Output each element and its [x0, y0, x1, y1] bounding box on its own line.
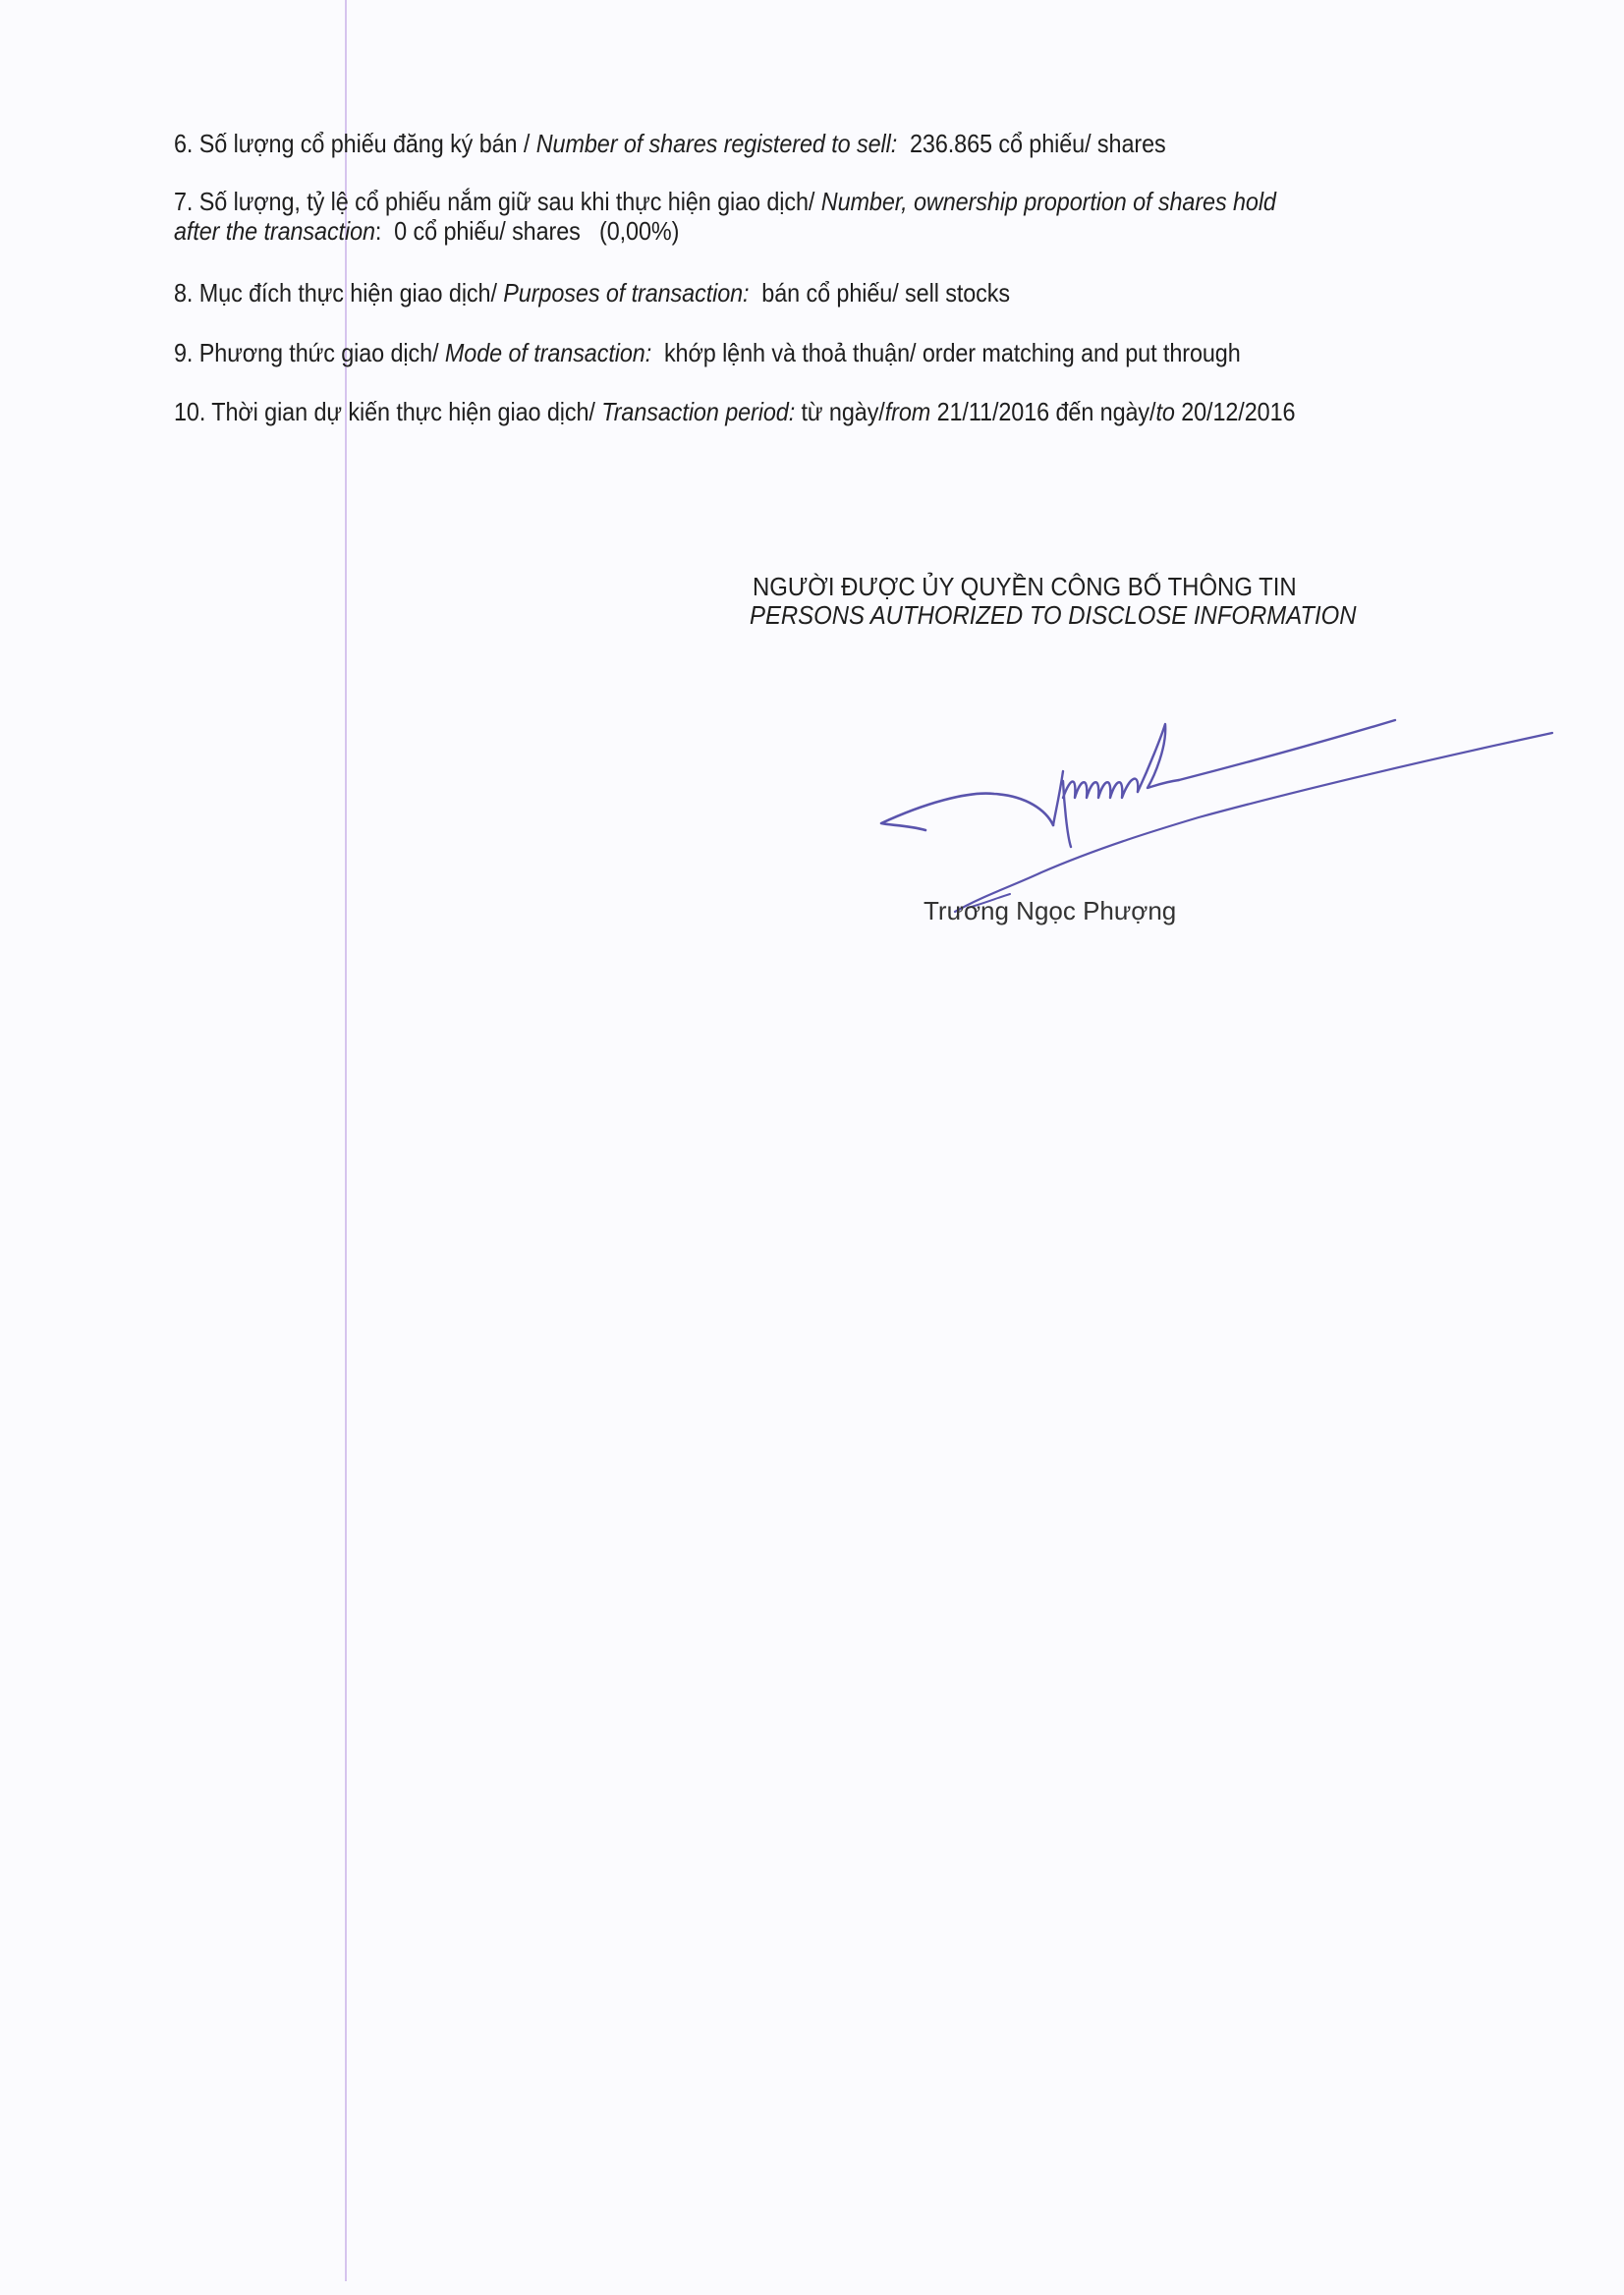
item-label-en-continued: after the transaction: [174, 216, 375, 246]
item-label-vi: Số lượng cổ phiếu đăng ký bán /: [199, 129, 531, 158]
item-label-en: Mode of transaction:: [445, 338, 651, 367]
item-value: 236.865 cổ phiếu/ shares: [910, 129, 1166, 158]
item-7-shares-held-after: 7. Số lượng, tỷ lệ cổ phiếu nắm giữ sau …: [174, 187, 1276, 216]
item-number: 7.: [174, 187, 193, 216]
from-date: 21/11/2016: [937, 397, 1049, 426]
item-9-mode: 9. Phương thức giao dịch/ Mode of transa…: [174, 338, 1241, 367]
to-label-en: to: [1155, 397, 1174, 426]
item-number: 9.: [174, 338, 193, 367]
item-label-en: Transaction period:: [601, 397, 795, 426]
item-7-continuation: after the transaction: 0 cổ phiếu/ share…: [174, 216, 679, 246]
from-label-vi: từ ngày/: [802, 397, 885, 426]
item-number: 8.: [174, 278, 193, 308]
item-value: bán cổ phiếu/ sell stocks: [761, 278, 1010, 308]
item-value: : 0 cổ phiếu/ shares (0,00%): [375, 216, 679, 246]
item-label-en: Number of shares registered to sell:: [536, 129, 897, 158]
item-6-shares-registered: 6. Số lượng cổ phiếu đăng ký bán / Numbe…: [174, 129, 1166, 158]
item-label-vi: Mục đích thực hiện giao dịch/: [199, 278, 497, 308]
to-label-vi: đến ngày/: [1055, 397, 1155, 426]
item-label-vi: Phương thức giao dịch/: [199, 338, 439, 367]
item-label-en: Purposes of transaction:: [503, 278, 749, 308]
item-8-purpose: 8. Mục đích thực hiện giao dịch/ Purpose…: [174, 278, 1010, 308]
signature-heading-vi: NGƯỜI ĐƯỢC ỦY QUYỀN CÔNG BỐ THÔNG TIN: [753, 572, 1297, 601]
item-number: 10.: [174, 397, 205, 426]
item-number: 6.: [174, 129, 193, 158]
item-value: khớp lệnh và thoả thuận/ order matching …: [664, 338, 1241, 367]
item-label-en: Number, ownership proportion of shares h…: [821, 187, 1276, 216]
item-10-transaction-period: 10. Thời gian dự kiến thực hiện giao dịc…: [174, 397, 1295, 426]
signer-name: Trương Ngọc Phượng: [924, 896, 1176, 925]
item-label-vi: Số lượng, tỷ lệ cổ phiếu nắm giữ sau khi…: [199, 187, 815, 216]
item-label-vi: Thời gian dự kiến thực hiện giao dịch/: [211, 397, 595, 426]
to-date: 20/12/2016: [1181, 397, 1295, 426]
from-label-en: from: [885, 397, 930, 426]
signature-heading-en: PERSONS AUTHORIZED TO DISCLOSE INFORMATI…: [750, 600, 1357, 630]
